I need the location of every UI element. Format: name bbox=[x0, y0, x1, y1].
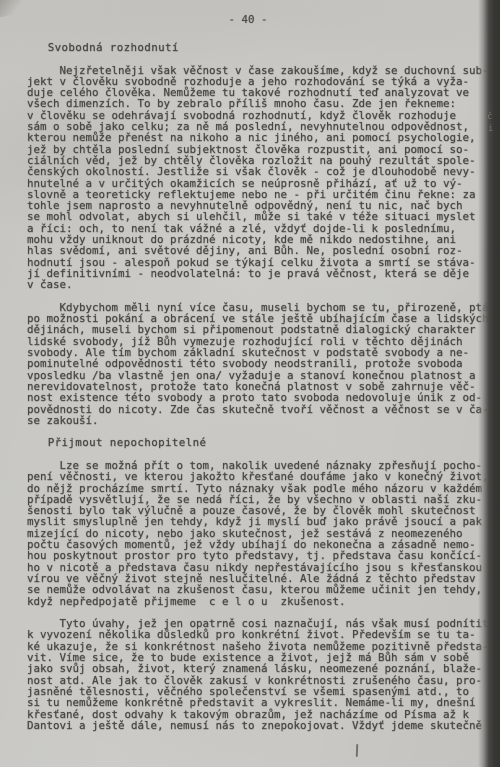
paragraph: Lze se možná přít o tom, nakolik uvedené… bbox=[27, 460, 497, 607]
document-page: - 40 - Svobodná rozhodnutí Nejzřetelněji… bbox=[0, 0, 500, 767]
paragraph: Tyto úvahy, jež jen opatrně cosi naznaču… bbox=[27, 618, 497, 731]
paragraph: Nejzřetelněji však věčnost v čase zakouš… bbox=[27, 65, 497, 291]
scratch-mark bbox=[356, 744, 358, 757]
section-heading: Přijmout nepochopitelné bbox=[27, 437, 497, 448]
ghost-glyph: č bbox=[487, 112, 492, 122]
ghost-glyph: i bbox=[488, 124, 493, 134]
page-body: Svobodná rozhodnutí Nejzřetelněji však v… bbox=[27, 42, 497, 742]
page-number: - 40 - bbox=[0, 14, 496, 25]
paragraph: Kdybychom měli nyní více času, museli by… bbox=[27, 302, 497, 426]
section-heading: Svobodná rozhodnutí bbox=[27, 42, 497, 53]
